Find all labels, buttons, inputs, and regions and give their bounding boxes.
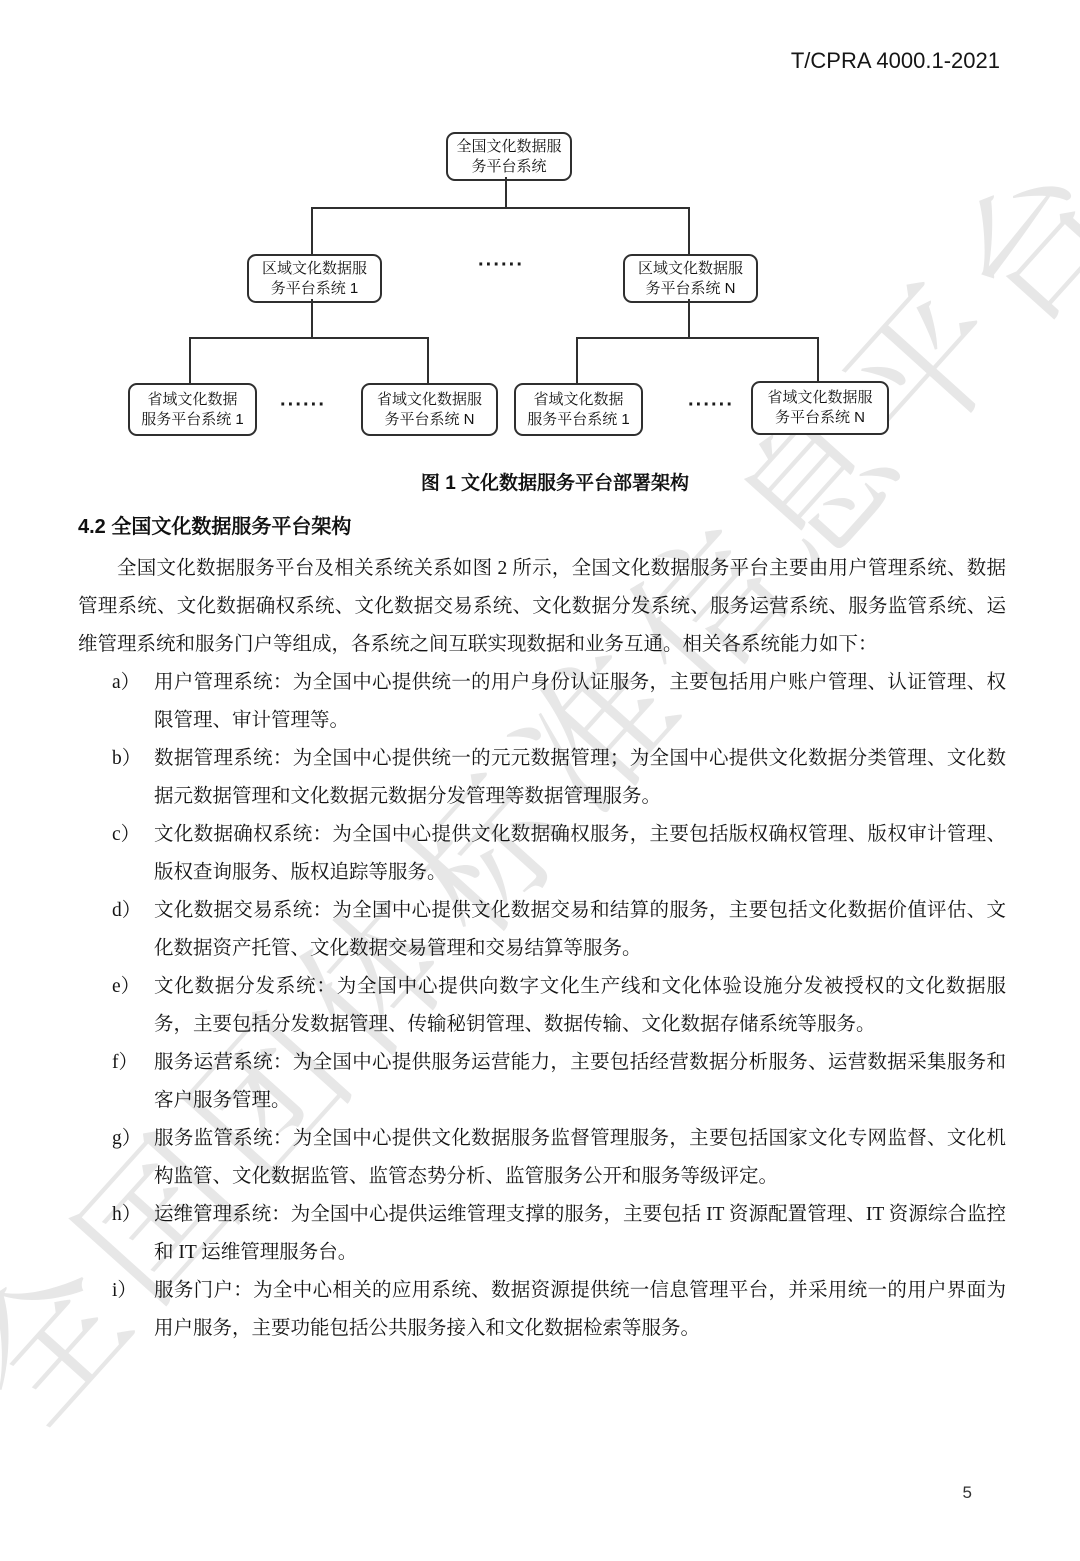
diagram-node-provincial-platform-1a: 省域文化数据 服务平台系统 1 bbox=[128, 383, 257, 436]
node-label-line: 区域文化数据服 bbox=[262, 259, 367, 279]
node-label-line: 省域文化数据 bbox=[147, 390, 237, 410]
connector-line bbox=[817, 337, 819, 383]
diagram-node-provincial-platform-nb: 省域文化数据服 务平台系统 N bbox=[751, 381, 889, 435]
diagram-node-regional-platform-n: 区域文化数据服 务平台系统 N bbox=[623, 254, 758, 303]
connector-line bbox=[311, 207, 690, 209]
list-item-label: f） bbox=[112, 1044, 154, 1120]
node-label-line: 省域文化数据服 bbox=[767, 388, 872, 408]
list-item: f） 服务运营系统：为全国中心提供服务运营能力，主要包括经营数据分析服务、运营数… bbox=[78, 1044, 1006, 1120]
list-item: c） 文化数据确权系统：为全国中心提供文化数据确权服务，主要包括版权确权管理、版… bbox=[78, 816, 1006, 892]
diagram-node-regional-platform-1: 区域文化数据服 务平台系统 1 bbox=[247, 254, 382, 303]
diagram-node-provincial-platform-1b: 省域文化数据 服务平台系统 1 bbox=[514, 383, 643, 436]
list-item-label: a） bbox=[112, 664, 154, 740]
list-item-label: d） bbox=[112, 892, 154, 968]
list-item-text: 文化数据分发系统：为全国中心提供向数字文化生产线和文化体验设施分发被授权的文化数… bbox=[154, 968, 1006, 1044]
intro-paragraph: 全国文化数据服务平台及相关系统关系如图 2 所示，全国文化数据服务平台主要由用户… bbox=[78, 550, 1006, 664]
body-text-block: 全国文化数据服务平台及相关系统关系如图 2 所示，全国文化数据服务平台主要由用户… bbox=[78, 550, 1006, 1348]
node-label-line: 省域文化数据服 bbox=[377, 390, 482, 410]
ellipsis-dots: ······ bbox=[466, 254, 536, 277]
section-title: 全国文化数据服务平台架构 bbox=[111, 516, 351, 538]
deployment-architecture-diagram: 全国文化数据服 务平台系统 区域文化数据服 务平台系统 1 ······ 区域文… bbox=[0, 0, 1080, 465]
list-item-label: i） bbox=[112, 1272, 154, 1348]
node-label-line: 服务平台系统 1 bbox=[141, 410, 244, 430]
node-label-line: 务平台系统 1 bbox=[271, 279, 359, 299]
connector-line bbox=[688, 207, 690, 256]
node-label-line: 全国文化数据服 bbox=[456, 137, 561, 157]
list-item: h） 运维管理系统：为全国中心提供运维管理支撑的服务，主要包括 IT 资源配置管… bbox=[78, 1196, 1006, 1272]
list-item-label: h） bbox=[112, 1196, 154, 1272]
node-label-line: 务平台系统 N bbox=[775, 408, 865, 428]
list-item-label: c） bbox=[112, 816, 154, 892]
document-page: 全国团体标准信息平台 T/CPRA 4000.1-2021 全国文化数据服 务平… bbox=[0, 0, 1080, 1561]
section-number: 4.2 bbox=[78, 516, 106, 538]
list-item: d） 文化数据交易系统：为全国中心提供文化数据交易和结算的服务，主要包括文化数据… bbox=[78, 892, 1006, 968]
node-label-line: 务平台系统 N bbox=[384, 410, 474, 430]
ellipsis-dots: ······ bbox=[272, 394, 334, 417]
section-heading: 4.2 全国文化数据服务平台架构 bbox=[78, 510, 351, 539]
list-item-text: 文化数据交易系统：为全国中心提供文化数据交易和结算的服务，主要包括文化数据价值评… bbox=[154, 892, 1006, 968]
list-item-text: 数据管理系统：为全国中心提供统一的元元数据管理；为全国中心提供文化数据分类管理、… bbox=[154, 740, 1006, 816]
node-label-line: 省域文化数据 bbox=[533, 390, 623, 410]
list-item-label: e） bbox=[112, 968, 154, 1044]
list-item: g） 服务监管系统：为全国中心提供文化数据服务监督管理服务，主要包括国家文化专网… bbox=[78, 1120, 1006, 1196]
list-item-label: g） bbox=[112, 1120, 154, 1196]
connector-line bbox=[189, 337, 191, 383]
list-item: b） 数据管理系统：为全国中心提供统一的元元数据管理；为全国中心提供文化数据分类… bbox=[78, 740, 1006, 816]
node-label-line: 区域文化数据服 bbox=[638, 259, 743, 279]
figure-caption: 图 1 文化数据服务平台部署架构 bbox=[0, 468, 1080, 495]
connector-line bbox=[427, 337, 429, 383]
connector-line bbox=[311, 207, 313, 256]
connector-line bbox=[576, 337, 819, 339]
page-number: 5 bbox=[963, 1483, 972, 1503]
list-item: i） 服务门户：为全中心相关的应用系统、数据资源提供统一信息管理平台，并采用统一… bbox=[78, 1272, 1006, 1348]
connector-line bbox=[688, 299, 690, 338]
connector-line bbox=[189, 337, 429, 339]
ellipsis-dots: ······ bbox=[680, 394, 742, 417]
node-label-line: 务平台系统 N bbox=[645, 279, 735, 299]
list-item-text: 文化数据确权系统：为全国中心提供文化数据确权服务，主要包括版权确权管理、版权审计… bbox=[154, 816, 1006, 892]
list-item-text: 用户管理系统：为全国中心提供统一的用户身份认证服务，主要包括用户账户管理、认证管… bbox=[154, 664, 1006, 740]
list-item-text: 服务门户：为全中心相关的应用系统、数据资源提供统一信息管理平台，并采用统一的用户… bbox=[154, 1272, 1006, 1348]
connector-line bbox=[505, 177, 507, 208]
list-item-text: 服务监管系统：为全国中心提供文化数据服务监督管理服务，主要包括国家文化专网监督、… bbox=[154, 1120, 1006, 1196]
diagram-node-provincial-platform-na: 省域文化数据服 务平台系统 N bbox=[361, 383, 498, 436]
capability-list: a） 用户管理系统：为全国中心提供统一的用户身份认证服务，主要包括用户账户管理、… bbox=[78, 664, 1006, 1348]
connector-line bbox=[311, 299, 313, 338]
list-item: a） 用户管理系统：为全国中心提供统一的用户身份认证服务，主要包括用户账户管理、… bbox=[78, 664, 1006, 740]
connector-line bbox=[576, 337, 578, 383]
list-item: e） 文化数据分发系统：为全国中心提供向数字文化生产线和文化体验设施分发被授权的… bbox=[78, 968, 1006, 1044]
diagram-node-national-platform: 全国文化数据服 务平台系统 bbox=[446, 132, 572, 181]
list-item-label: b） bbox=[112, 740, 154, 816]
node-label-line: 服务平台系统 1 bbox=[527, 410, 630, 430]
list-item-text: 运维管理系统：为全国中心提供运维管理支撑的服务，主要包括 IT 资源配置管理、I… bbox=[154, 1196, 1006, 1272]
node-label-line: 务平台系统 bbox=[471, 157, 546, 177]
list-item-text: 服务运营系统：为全国中心提供服务运营能力，主要包括经营数据分析服务、运营数据采集… bbox=[154, 1044, 1006, 1120]
